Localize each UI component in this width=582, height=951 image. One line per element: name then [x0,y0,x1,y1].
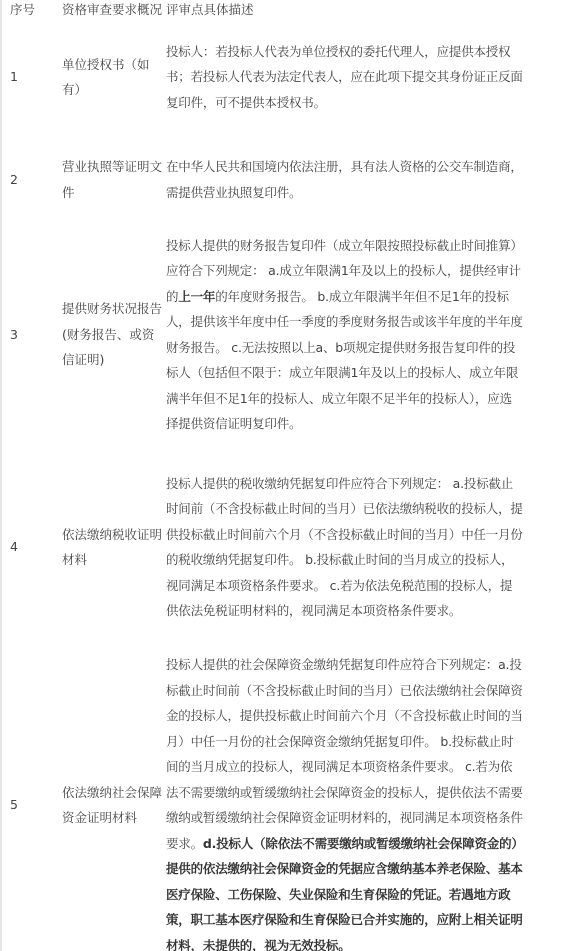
table-row: 5 依法缴纳社会保障资金证明材料 投标人提供的社会保障资金缴纳凭据复印件应符合下… [0,652,582,951]
row-index: 1 [0,22,62,132]
table-row: 4 依法缴纳税收证明材料 投标人提供的税收缴纳凭据复印件应符合下列规定： a.投… [0,442,582,652]
row-requirement: 提供财务状况报告(财务报告、或资信证明) [62,227,166,442]
row-description: 在中华人民共和国境内依法注册，具有法人资格的公交车制造商，需提供营业执照复印件。 [166,132,582,227]
row-index: 2 [0,132,62,227]
row-description: 投标人提供的社会保障资金缴纳凭据复印件应符合下列规定：a.投标截止时间前（不含投… [166,652,582,951]
row-description: 投标人提供的税收缴纳凭据复印件应符合下列规定： a.投标截止时间前（不含投标截止… [166,442,582,652]
table-row: 2 营业执照等证明文件 在中华人民共和国境内依法注册，具有法人资格的公交车制造商… [0,132,582,227]
description-part-bold: d.投标人（除依法不需要缴纳或暂缓缴纳社会保障资金的）提供的依法缴纳社会保障资金… [166,836,524,951]
row-index: 4 [0,442,62,652]
header-description: 评审点具体描述 [166,0,582,22]
header-requirement: 资格审查要求概况 [62,0,166,22]
row-description: 投标人：若投标人代表为单位授权的委托代理人，应提供本授权书；若投标人代表为法定代… [166,22,582,132]
table-header-row: 序号 资格审查要求概况 评审点具体描述 [0,0,582,22]
header-index: 序号 [0,0,62,22]
row-index: 5 [0,652,62,951]
table-row: 1 单位授权书（如有） 投标人：若投标人代表为单位授权的委托代理人，应提供本授权… [0,22,582,132]
row-requirement: 依法缴纳社会保障资金证明材料 [62,652,166,951]
row-requirement: 营业执照等证明文件 [62,132,166,227]
description-part: 的年度财务报告。 b.成立年限满半年但不足1年的投标人，提供该半年度中任一季度的… [166,289,523,432]
description-part: 投标人提供的社会保障资金缴纳凭据复印件应符合下列规定：a.投标截止时间前（不含投… [166,657,523,851]
description-part-bold: 上一年 [178,289,215,304]
table-row: 3 提供财务状况报告(财务报告、或资信证明) 投标人提供的财务报告复印件（成立年… [0,227,582,442]
row-requirement: 单位授权书（如有） [62,22,166,132]
row-description: 投标人提供的财务报告复印件（成立年限按照投标截止时间推算）应符合下列规定： a.… [166,227,582,442]
qualification-review-table: 序号 资格审查要求概况 评审点具体描述 1 单位授权书（如有） 投标人：若投标人… [0,0,582,951]
row-requirement: 依法缴纳税收证明材料 [62,442,166,652]
row-index: 3 [0,227,62,442]
